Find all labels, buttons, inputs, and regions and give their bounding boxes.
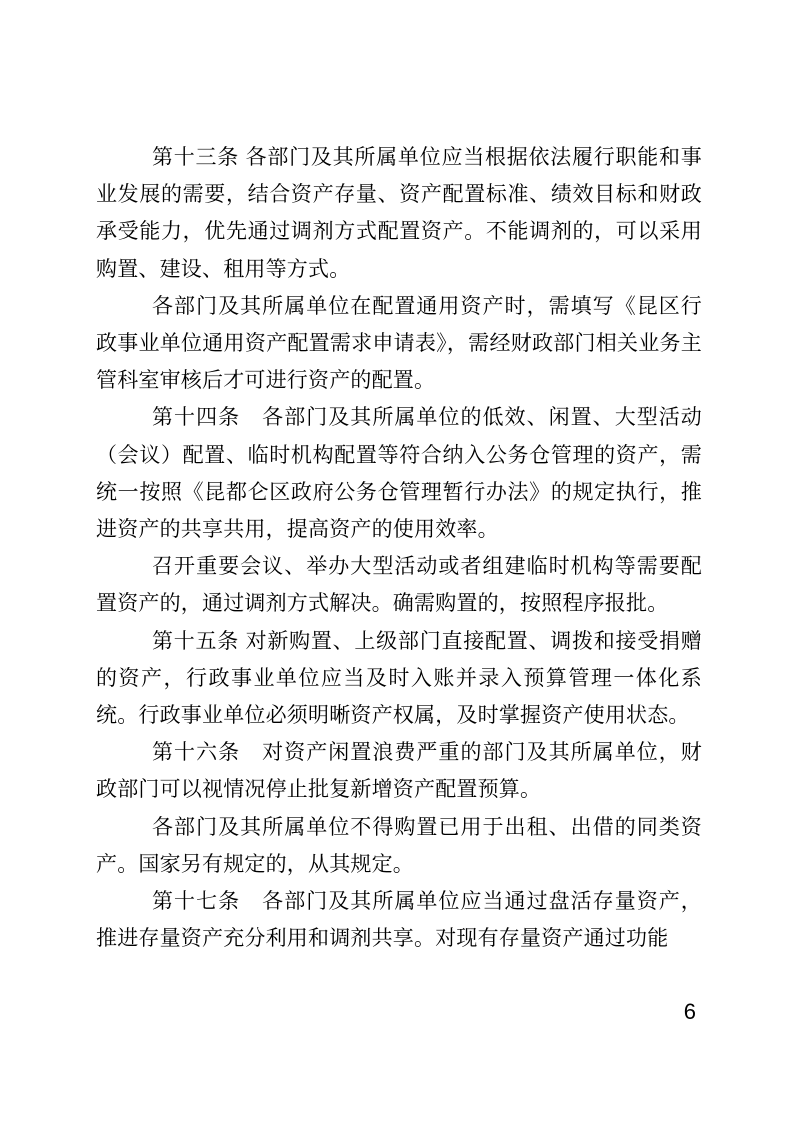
paragraph: 第十四条 各部门及其所属单位的低效、闲置、大型活动（会议）配置、临时机构配置等符…: [96, 399, 702, 548]
page-number: 6: [96, 997, 696, 1027]
paragraph: 各部门及其所属单位在配置通用资产时，需填写《昆区行政事业单位通用资产配置需求申请…: [96, 288, 702, 400]
paragraph: 召开重要会议、举办大型活动或者组建临时机构等需要配置资产的，通过调剂方式解决。确…: [96, 548, 702, 622]
paragraph: 第十三条 各部门及其所属单位应当根据依法履行职能和事业发展的需要，结合资产存量、…: [96, 139, 702, 288]
document-body: 第十三条 各部门及其所属单位应当根据依法履行职能和事业发展的需要，结合资产存量、…: [96, 139, 702, 957]
paragraph: 第十六条 对资产闲置浪费严重的部门及其所属单位，财政部门可以视情况停止批复新增资…: [96, 734, 702, 808]
document-page: 第十三条 各部门及其所属单位应当根据依法履行职能和事业发展的需要，结合资产存量、…: [0, 0, 793, 1122]
paragraph: 第十五条 对新购置、上级部门直接配置、调拨和接受捐赠的资产，行政事业单位应当及时…: [96, 623, 702, 735]
paragraph: 各部门及其所属单位不得购置已用于出租、出借的同类资产。国家另有规定的，从其规定。: [96, 809, 702, 883]
paragraph: 第十七条 各部门及其所属单位应当通过盘活存量资产，推进存量资产充分利用和调剂共享…: [96, 883, 702, 957]
